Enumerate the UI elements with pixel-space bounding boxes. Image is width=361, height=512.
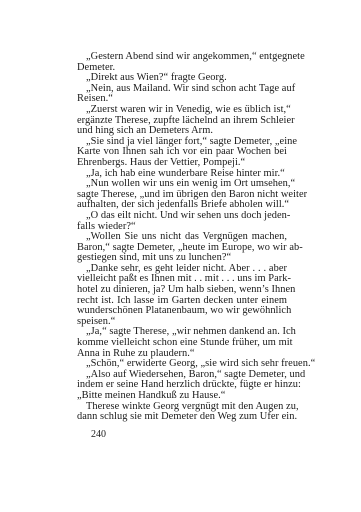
text-line: Ehrenbergs. Haus der Vettier, Pompeji.“: [77, 158, 287, 169]
text-line: „Bitte meinen Handkuß zu Hause.“: [77, 391, 287, 402]
text-line: dann schlug sie mit Demeter den Weg zum …: [77, 412, 287, 423]
body-text: „Gestern Abend sind wir angekommen,“ ent…: [77, 52, 287, 423]
page-number: 240: [91, 429, 106, 440]
text-line: „Gestern Abend sind wir angekommen,“ ent…: [77, 52, 287, 63]
text-line: „Zuerst waren wir in Venedig, wie es übl…: [77, 105, 287, 116]
text-line: „O das eilt nicht. Und wir sehen uns doc…: [77, 211, 287, 222]
book-page: „Gestern Abend sind wir angekommen,“ ent…: [0, 0, 361, 512]
